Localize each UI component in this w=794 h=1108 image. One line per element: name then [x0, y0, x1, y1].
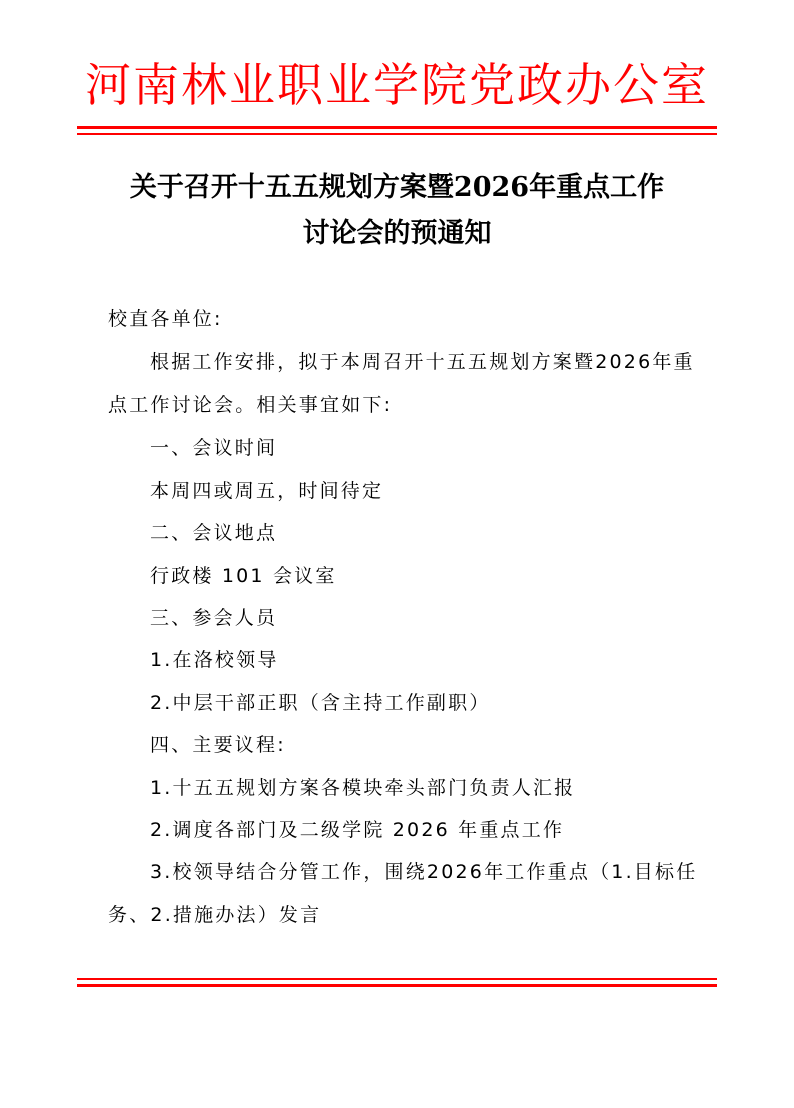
section-item-agenda-3: 3.校领导结合分管工作，围绕2026年工作重点（1.目标任 [150, 859, 697, 885]
section-heading-time: 一、会议时间 [150, 435, 277, 461]
letterhead-rule-thick [77, 126, 717, 129]
section-item-time: 本周四或周五，时间待定 [150, 478, 383, 504]
section-item-location: 行政楼 101 会议室 [150, 563, 337, 589]
section-heading-agenda: 四、主要议程: [150, 732, 286, 758]
section-heading-location: 二、会议地点 [150, 520, 277, 546]
notice-title-line2: 讨论会的预通知 [0, 217, 794, 251]
section-item-agenda-2: 2.调度各部门及二级学院 2026 年重点工作 [150, 817, 564, 843]
section-item-agenda-3-continuation: 务、2.措施办法）发言 [108, 902, 321, 928]
document-page: 河南林业职业学院党政办公室 关于召开十五五规划方案暨2026年重点工作 讨论会的… [0, 0, 794, 1108]
letterhead-title: 河南林业职业学院党政办公室 [0, 56, 794, 114]
section-heading-attendees: 三、参会人员 [150, 605, 277, 631]
section-item-agenda-1: 1.十五五规划方案各模块牵头部门负责人汇报 [150, 775, 575, 801]
letterhead-rule-thin [77, 133, 717, 135]
section-item-attendees-1: 1.在洛校领导 [150, 647, 279, 673]
salutation: 校直各单位: [108, 306, 223, 332]
section-item-attendees-2: 2.中层干部正职（含主持工作副职） [150, 690, 491, 716]
intro-paragraph-line1: 根据工作安排，拟于本周召开十五五规划方案暨2026年重 [150, 349, 695, 375]
footer-rule-thick [77, 984, 717, 987]
intro-paragraph-line2: 点工作讨论会。相关事宜如下: [108, 392, 392, 418]
notice-title-line1: 关于召开十五五规划方案暨2026年重点工作 [0, 171, 794, 205]
footer-rule-thin [77, 978, 717, 980]
